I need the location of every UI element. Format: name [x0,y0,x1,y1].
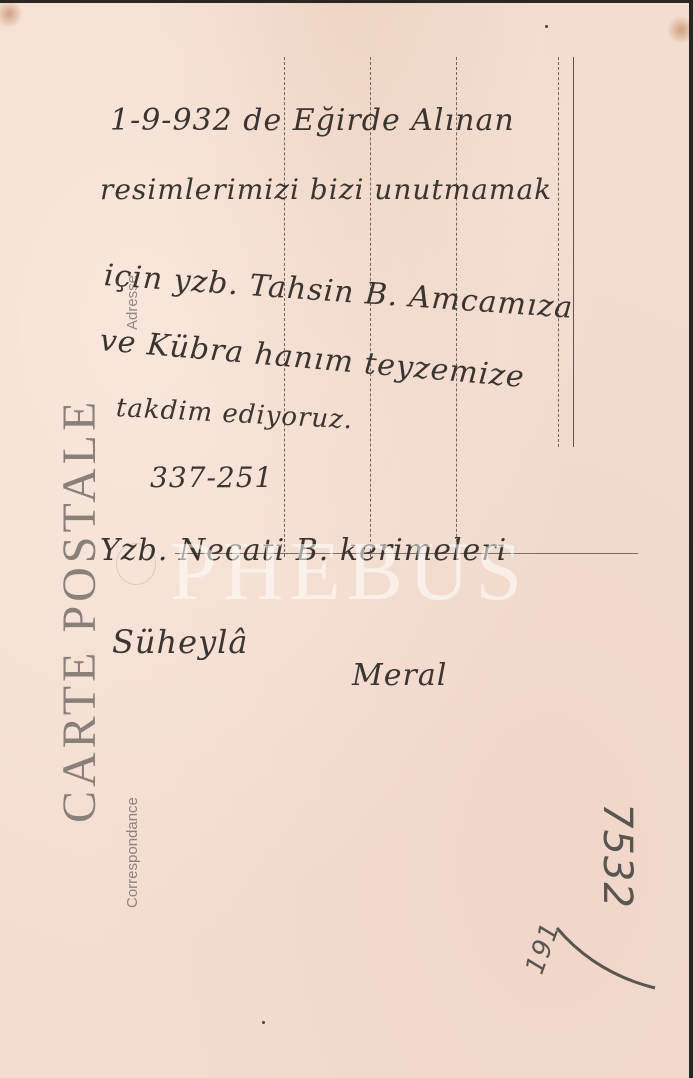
stain [668,15,689,45]
handwritten-line: resimlerimizi bizi unutmamak [100,173,552,206]
pencil-stroke [555,923,665,993]
handwritten-line: ve Kübra hanım teyzemize [98,323,526,395]
pencil-number: 7532 [594,803,640,909]
speck [545,25,548,28]
postcard-back: CARTE POSTALE Correspondance Adresse 1-9… [0,3,689,1078]
handwritten-line: takdim ediyoruz. [115,393,354,435]
stain [0,3,22,29]
watermark: PHEBUS [170,523,528,620]
carte-postale-heading: CARTE POSTALE [52,398,107,823]
reference-number: 337-251 [150,461,273,494]
signature-name: Meral [352,658,447,693]
handwritten-line: 1-9-932 de Eğirde Alınan [110,103,515,138]
correspondance-label: Correspondance [124,797,141,908]
handwritten-line: için yzb. Tahsin B. Amcamıza [103,258,575,326]
stamp-box-line [558,57,559,447]
speck [262,1021,265,1024]
stamp-box-line [573,57,574,447]
signature-name: Süheylâ [112,623,248,661]
